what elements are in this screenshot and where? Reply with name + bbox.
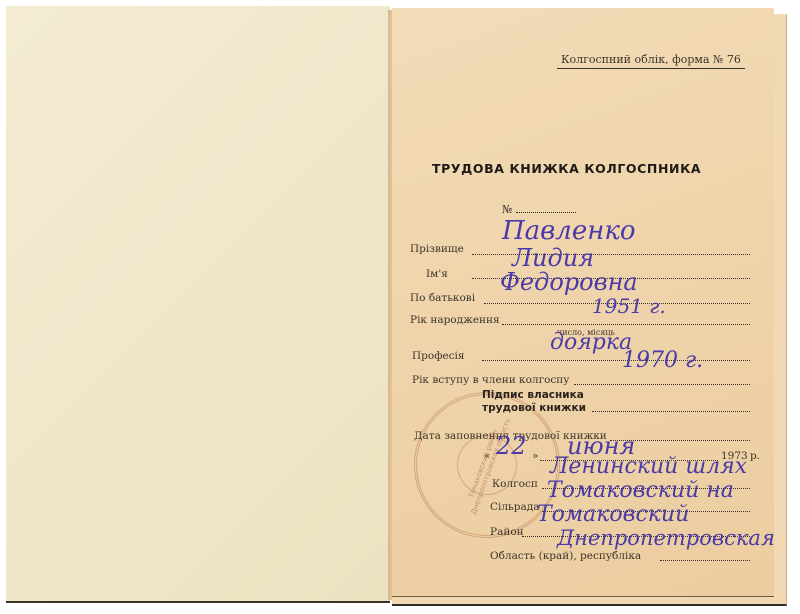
surname-label: Прізвище: [410, 243, 464, 255]
patronymic-label: По батькові: [410, 292, 475, 304]
join-year-line: [574, 384, 750, 385]
patronymic-value: Федоровна: [500, 268, 638, 296]
kolkhoz-value: Ленинский шлях: [550, 454, 747, 479]
fill-date-close-quote: »: [532, 450, 538, 462]
signature-label: Підпис власника трудової книжки: [482, 389, 586, 415]
join-year-value: 1970 г.: [622, 348, 703, 373]
region-label: Область (край), республіка: [490, 550, 641, 562]
fill-date-day: 22: [496, 432, 527, 460]
kolkhoz-label: Колгосп: [492, 478, 538, 490]
region-line: [660, 560, 750, 561]
birth-year-value: 1951 г.: [592, 294, 666, 318]
left-blank-page: [6, 6, 390, 603]
district-value: Томаковский: [537, 502, 689, 527]
region-value: Днепропетровская: [557, 526, 775, 550]
form-page: Колгоспний облік, форма № 76 ТРУДОВА КНИ…: [392, 8, 774, 597]
village-council-value: Томаковский на: [547, 478, 734, 503]
signature-line: [592, 411, 750, 412]
district-label: Район: [490, 526, 524, 538]
birth-year-label: Рік народження: [410, 314, 500, 326]
number-value: [516, 212, 576, 213]
fill-date-year-suffix: р.: [750, 450, 760, 462]
profession-value: доярка: [550, 330, 632, 355]
village-council-label: Сільрада: [490, 501, 540, 513]
signature-label-line1: Підпис власника: [482, 389, 586, 402]
number-label: №: [502, 203, 512, 216]
profession-label: Професія: [412, 350, 465, 362]
signature-label-line2: трудової книжки: [482, 402, 586, 415]
join-year-label: Рік вступу в члени колгоспу: [412, 374, 569, 386]
profession-line: [482, 360, 750, 361]
surname-value: Павленко: [502, 216, 636, 246]
form-header: Колгоспний облік, форма № 76: [557, 53, 745, 69]
document-number: №: [502, 203, 576, 216]
fill-date-open-quote: «: [484, 450, 490, 462]
first-name-label: Ім'я: [426, 268, 448, 280]
document-title: ТРУДОВА КНИЖКА КОЛГОСПНИКА: [432, 161, 701, 176]
birth-year-line: [502, 324, 750, 325]
